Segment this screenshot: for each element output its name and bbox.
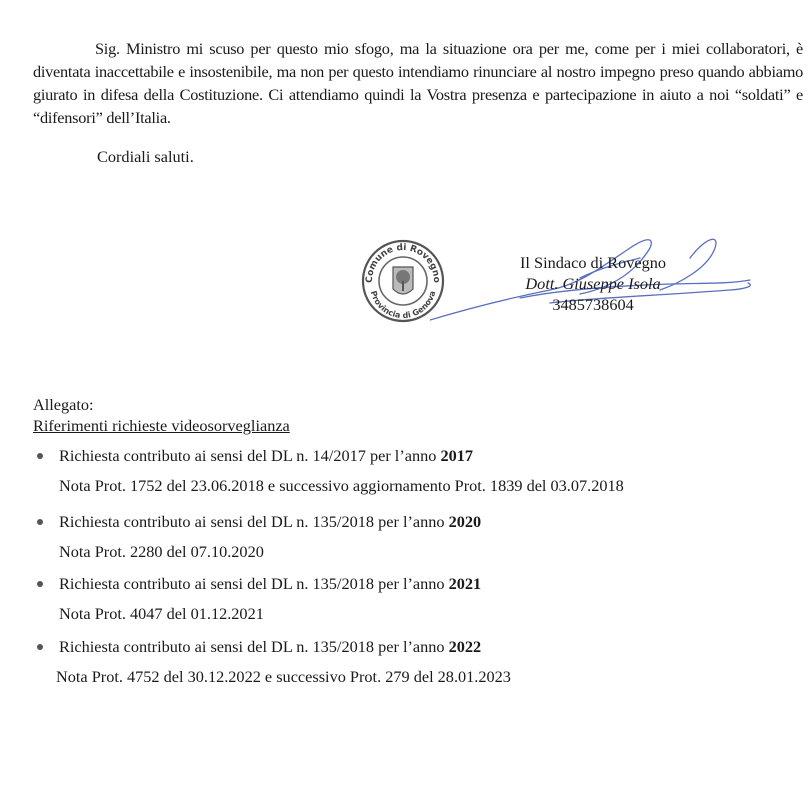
letter-body-text: Sig. Ministro mi scuso per questo mio sf… (33, 39, 803, 127)
request-year: 2022 (449, 637, 482, 656)
note-text: Nota Prot. 4047 del 01.12.2021 (59, 604, 264, 624)
request-text: Richiesta contributo ai sensi del DL n. … (59, 446, 473, 466)
signatory-phone: 3485738604 (520, 294, 666, 315)
request-year: 2017 (440, 446, 473, 465)
bullet-icon (37, 453, 43, 459)
note-text: Nota Prot. 1752 del 23.06.2018 e success… (59, 476, 624, 496)
request-text: Richiesta contributo ai sensi del DL n. … (59, 637, 481, 657)
bullet-icon (37, 519, 43, 525)
request-year: 2021 (449, 574, 482, 593)
closing-salutation: Cordiali saluti. (97, 147, 194, 167)
bullet-icon (37, 581, 43, 587)
attachment-label: Allegato: (33, 395, 94, 415)
request-year: 2020 (449, 512, 482, 531)
request-text: Richiesta contributo ai sensi del DL n. … (59, 512, 481, 532)
letter-body-paragraph: Sig. Ministro mi scuso per questo mio sf… (33, 37, 803, 129)
note-text: Nota Prot. 2280 del 07.10.2020 (59, 542, 264, 562)
signature-block: Il Sindaco di Rovegno Dott. Giuseppe Iso… (520, 252, 666, 315)
note-text: Nota Prot. 4752 del 30.12.2022 e success… (56, 667, 511, 687)
signatory-name: Dott. Giuseppe Isola (520, 273, 666, 294)
attachment-title: Riferimenti richieste videosorveglianza (33, 416, 290, 436)
signatory-title: Il Sindaco di Rovegno (520, 252, 666, 273)
bullet-icon (37, 644, 43, 650)
request-text: Richiesta contributo ai sensi del DL n. … (59, 574, 481, 594)
